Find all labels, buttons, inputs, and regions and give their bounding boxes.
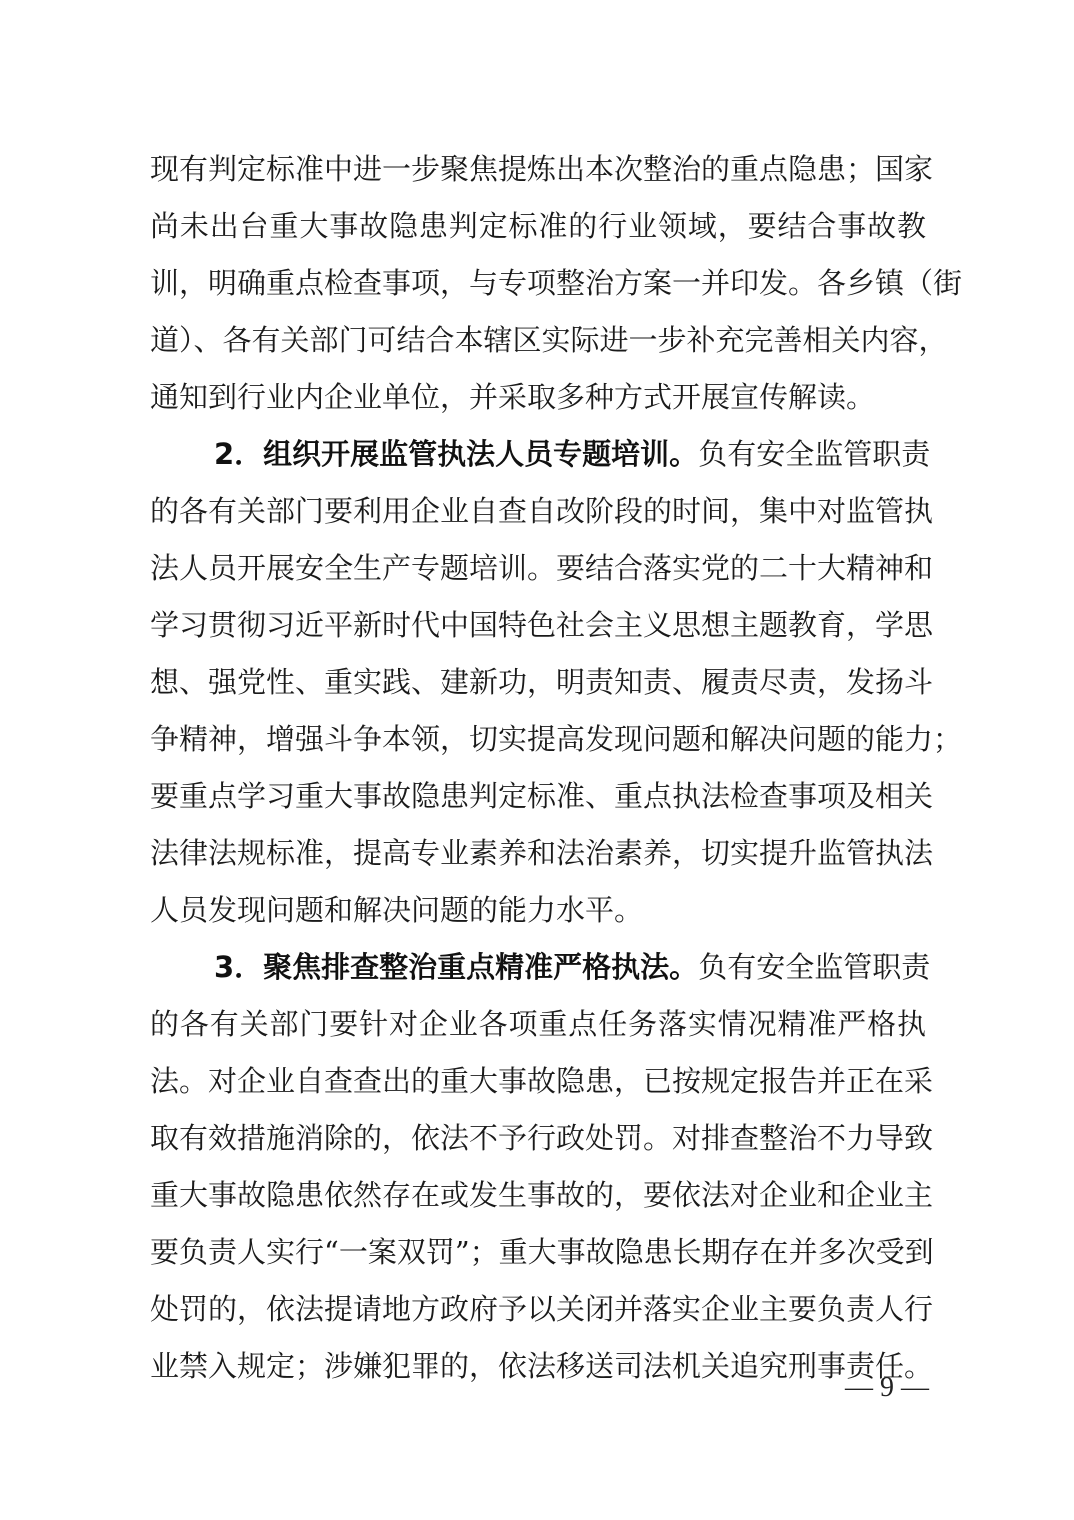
text-line: 学习贯彻习近平新时代中国特色社会主义思想主题教育，学思 xyxy=(150,597,926,654)
text-line: 要负责人实行“一案双罚”；重大事故隐患长期存在并多次受到 xyxy=(150,1224,926,1281)
text-line: 处罚的，依法提请地方政府予以关闭并落实企业主要负责人行 xyxy=(150,1281,926,1338)
section-3-lead-text: 负有安全监管职责 xyxy=(698,950,930,984)
text-line: 的各有关部门要针对企业各项重点任务落实情况精准严格执 xyxy=(150,996,926,1053)
text-line: 法。对企业自查查出的重大事故隐患，已按规定报告并正在采 xyxy=(150,1053,926,1110)
text-line: 的各有关部门要利用企业自查自改阶段的时间，集中对监管执 xyxy=(150,483,926,540)
section-2-lead-text: 负有安全监管职责 xyxy=(698,437,930,471)
text-line: 争精神，增强斗争本领，切实提高发现问题和解决问题的能力； xyxy=(150,711,926,768)
text-line: 通知到行业内企业单位，并采取多种方式开展宣传解读。 xyxy=(150,369,926,426)
text-line: 想、强党性、重实践、建新功，明责知责、履责尽责，发扬斗 xyxy=(150,654,926,711)
text-line: 人员发现问题和解决问题的能力水平。 xyxy=(150,882,926,939)
text-line: 法人员开展安全生产专题培训。要结合落实党的二十大精神和 xyxy=(150,540,926,597)
page-number: — 9 — xyxy=(845,1372,929,1404)
text-line: 业禁入规定；涉嫌犯罪的，依法移送司法机关追究刑事责任。 xyxy=(150,1338,926,1395)
text-line: 取有效措施消除的，依法不予行政处罚。对排查整治不力导致 xyxy=(150,1110,926,1167)
text-line: 现有判定标准中进一步聚焦提炼出本次整治的重点隐患；国家 xyxy=(150,141,926,198)
text-line: 法律法规标准，提高专业素养和法治素养，切实提升监管执法 xyxy=(150,825,926,882)
text-line: 尚未出台重大事故隐患判定标准的行业领域，要结合事故教 xyxy=(150,198,926,255)
body-text: 现有判定标准中进一步聚焦提炼出本次整治的重点隐患；国家 尚未出台重大事故隐患判定… xyxy=(150,141,930,1395)
text-line: 道）、各有关部门可结合本辖区实际进一步补充完善相关内容， xyxy=(150,312,926,369)
text-line: 要重点学习重大事故隐患判定标准、重点执法检查事项及相关 xyxy=(150,768,926,825)
text-line: 训，明确重点检查事项，与专项整治方案一并印发。各乡镇（街 xyxy=(150,255,926,312)
section-heading-2: 2．组织开展监管执法人员专题培训。 xyxy=(214,437,698,471)
document-page: 现有判定标准中进一步聚焦提炼出本次整治的重点隐患；国家 尚未出台重大事故隐患判定… xyxy=(0,0,1074,1520)
section-heading-3: 3．聚焦排查整治重点精准严格执法。 xyxy=(214,950,698,984)
section-2-first-line: 2．组织开展监管执法人员专题培训。负有安全监管职责 xyxy=(150,426,926,483)
section-3-first-line: 3．聚焦排查整治重点精准严格执法。负有安全监管职责 xyxy=(150,939,926,996)
text-line: 重大事故隐患依然存在或发生事故的，要依法对企业和企业主 xyxy=(150,1167,926,1224)
